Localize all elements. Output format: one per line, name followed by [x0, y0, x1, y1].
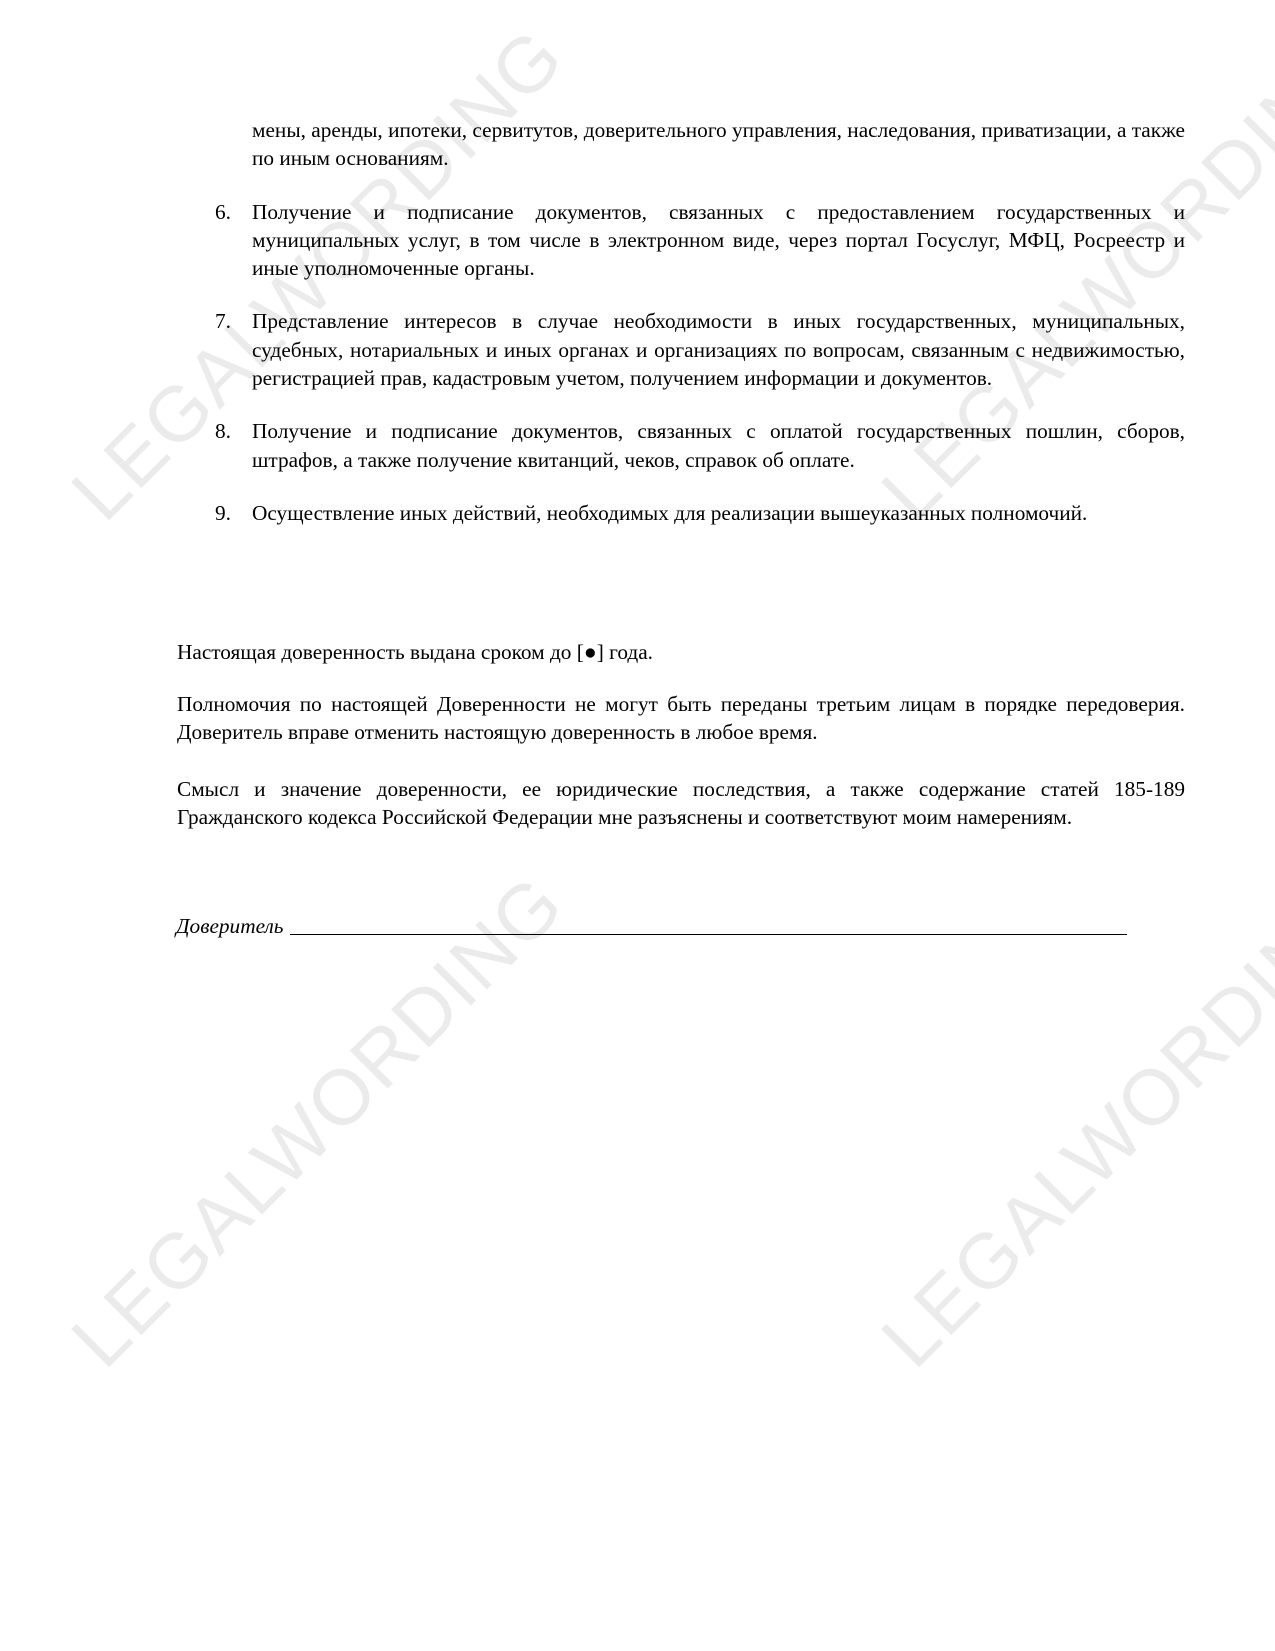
paragraph-text: Полномочия по настоящей Доверенности не …	[177, 690, 1185, 747]
list-item-number: 9.	[215, 499, 231, 527]
list-item-number: 7.	[215, 307, 231, 335]
list-item-continuation: мены, аренды, ипотеки, сервитутов, довер…	[252, 116, 1185, 173]
list-item-text: Представление интересов в случае необход…	[252, 309, 1185, 390]
paragraph-no-redelegation: Полномочия по настоящей Доверенности не …	[177, 690, 1185, 747]
paragraph-text: Настоящая доверенность выдана сроком до …	[177, 638, 1185, 666]
paragraph-meaning: Смысл и значение доверенности, ее юридич…	[177, 775, 1185, 832]
list-item-number: 6.	[215, 198, 231, 226]
list-item-number: 8.	[215, 417, 231, 445]
paragraph-text: Смысл и значение доверенности, ее юридич…	[177, 775, 1185, 832]
list-item-text: Получение и подписание документов, связа…	[252, 419, 1185, 471]
list-item-text: Получение и подписание документов, связа…	[252, 200, 1185, 281]
list-item-text: Осуществление иных действий, необходимых…	[252, 501, 1087, 525]
list-item: 7. Представление интересов в случае необ…	[252, 307, 1185, 392]
signature-block: Доверитель	[176, 912, 1127, 940]
signature-line	[290, 934, 1127, 935]
paragraph-term: Настоящая доверенность выдана сроком до …	[177, 638, 1185, 666]
list-item: 9. Осуществление иных действий, необходи…	[252, 499, 1185, 527]
list-item: 8. Получение и подписание документов, св…	[252, 417, 1185, 474]
signature-label: Доверитель	[176, 912, 283, 940]
list-item-text: мены, аренды, ипотеки, сервитутов, довер…	[252, 118, 1185, 170]
document-page: мены, аренды, ипотеки, сервитутов, довер…	[0, 0, 1275, 1651]
list-item: 6. Получение и подписание документов, св…	[252, 198, 1185, 283]
powers-list: мены, аренды, ипотеки, сервитутов, довер…	[0, 116, 1275, 552]
